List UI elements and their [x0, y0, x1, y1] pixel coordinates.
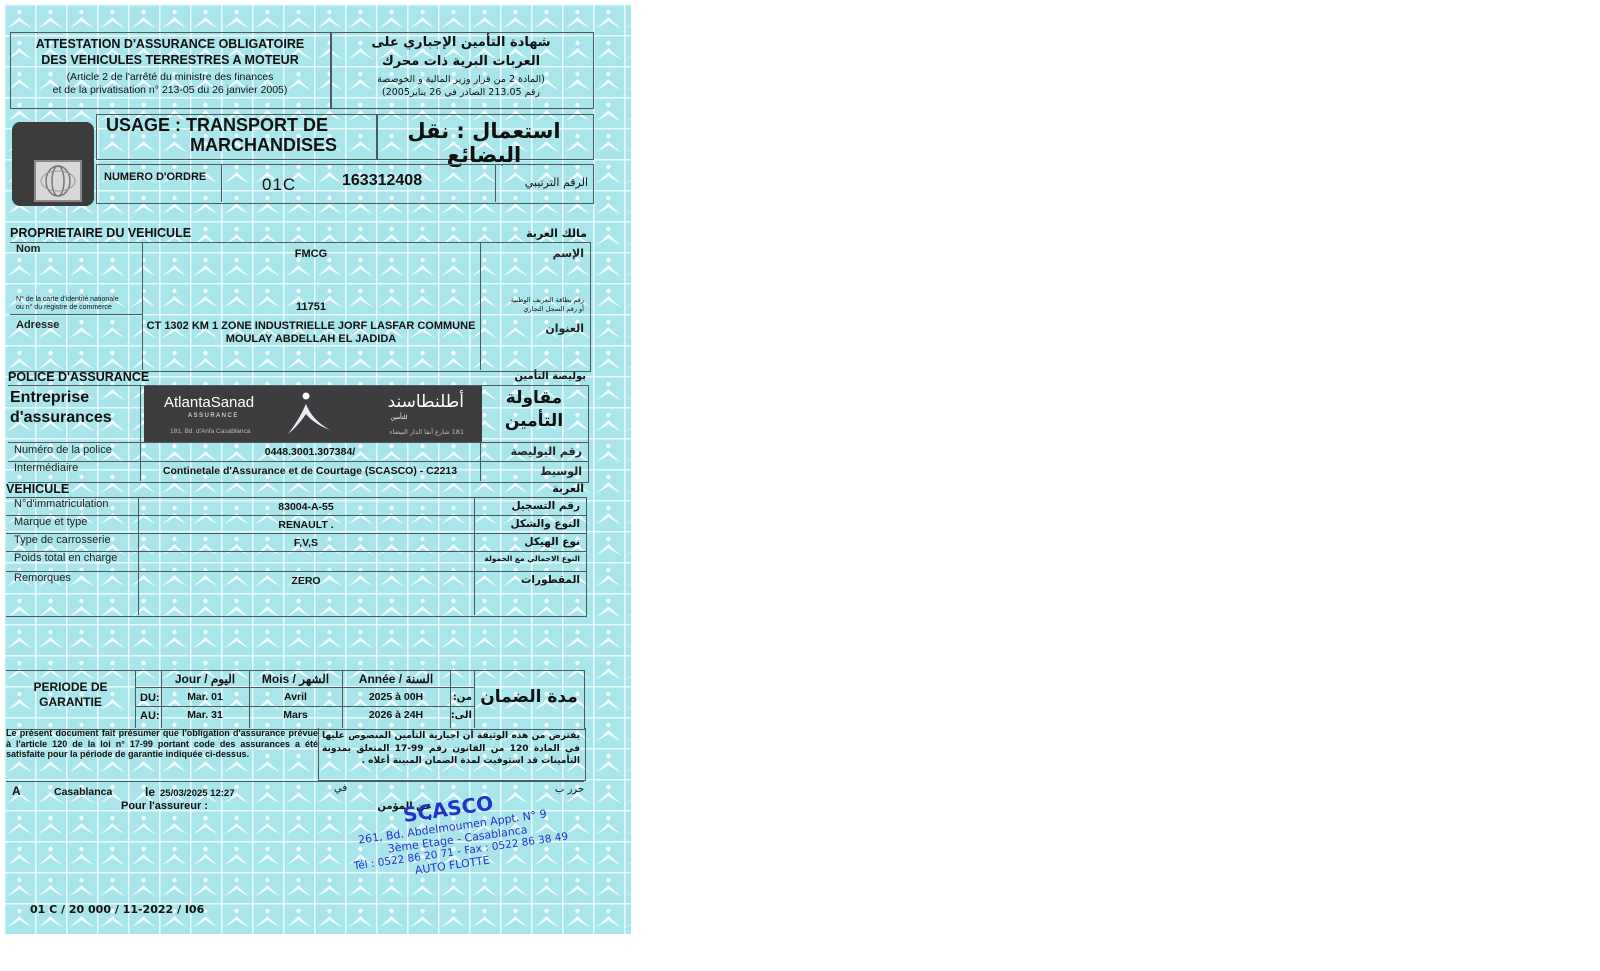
from-month: Avril	[249, 691, 342, 703]
col-month-header: Mois / الشهر	[249, 672, 342, 686]
header-ar-title-2: العربات البرية ذات محرك	[330, 54, 592, 69]
owner-section-title-ar: مالك العربة	[484, 227, 587, 240]
to-day: Mar. 31	[161, 709, 249, 721]
hologram-seal	[12, 122, 94, 206]
owner-name-label: Nom	[16, 243, 40, 255]
for-insurer: Pour l'assureur :	[121, 800, 208, 812]
insurer-name-ar: أطلنطاسند	[354, 392, 464, 412]
insurer-logo: AtlantaSanad ASSURANCE 181, Bd. d'Anfa C…	[144, 386, 482, 442]
owner-id-label-ar-1: رقم بطاقة التعريف الوطنية	[484, 296, 584, 304]
vehicle-field-value: ZERO	[138, 575, 474, 587]
vehicle-field-label-ar: نوع الهيكل	[476, 536, 580, 548]
company-label-2: d'assurances	[10, 409, 112, 427]
owner-id-label-1: N° de la carte d'identité nationale	[16, 296, 119, 303]
from-label: DU:	[140, 692, 160, 704]
insurer-name-fr: AtlantaSanad	[164, 394, 254, 411]
legal-text-fr: Le présent document fait présumer que l'…	[6, 728, 318, 760]
hologram-emblem-icon	[34, 160, 82, 202]
to-label: AU:	[140, 710, 160, 722]
intermediary-label: Intermédiaire	[14, 462, 78, 474]
header-fr-subtitle-1: (Article 2 de l'arrêté du ministre des f…	[10, 71, 330, 83]
vehicle-field-value: 83004-A-55	[138, 501, 474, 513]
to-year: 2026 à 24H	[342, 709, 450, 721]
company-label-ar-2: التأمين	[482, 411, 586, 431]
insurer-tag-ar: للتأمين	[354, 414, 444, 421]
from-day: Mar. 01	[161, 691, 249, 703]
vehicle-section-title: VEHICULE	[6, 482, 69, 496]
signature-fi-ar: في	[334, 783, 347, 794]
vehicle-section-title-ar: العربة	[484, 482, 584, 495]
header-ar-subtitle-1: (المادة 2 من قرار وزير المالية و الخوصصة	[330, 74, 592, 85]
header-fr-title-2: DES VEHICULES TERRESTRES A MOTEUR	[10, 53, 330, 67]
insurer-tag-fr: ASSURANCE	[188, 413, 239, 419]
divider	[495, 164, 496, 202]
order-label-fr: NUMERO D'ORDRE	[104, 171, 206, 183]
period-label-2: GARANTIE	[6, 695, 135, 709]
col-day-header: Jour / اليوم	[161, 672, 249, 686]
owner-id-value: 11751	[142, 301, 480, 313]
signature-le: le	[145, 785, 155, 799]
insurer-address-ar: 181 شارع أنفا الدار البيضاء	[354, 428, 464, 436]
insurer-address-fr: 181, Bd. d'Anfa Casablanca	[170, 428, 250, 435]
policy-section-title: POLICE D'ASSURANCE	[8, 370, 149, 384]
company-label-ar-1: مقاولة	[482, 388, 586, 408]
order-prefix: 01C	[262, 175, 296, 195]
insurance-certificate: ATTESTATION D'ASSURANCE OBLIGATOIRE DES …	[4, 4, 631, 934]
signature-datetime: 25/03/2025 12:27	[160, 788, 234, 799]
order-number: 163312408	[342, 172, 422, 190]
footer-reference: 01 C / 20 000 / 11-2022 / I06	[30, 903, 204, 916]
divider	[135, 670, 136, 728]
vehicle-field-label-ar: النوع الاجمالي مع الحمولة	[476, 554, 580, 563]
divider	[8, 461, 588, 462]
usage-ar: استعمال : نقل البضائع	[376, 119, 592, 167]
divider	[6, 571, 586, 572]
owner-address-line2: MOULAY ABDELLAH EL JADIDA	[142, 333, 480, 345]
owner-name-value: FMCG	[142, 248, 480, 260]
insurer-logo-icon	[284, 390, 334, 438]
from-year: 2025 à 00H	[342, 691, 450, 703]
divider	[221, 164, 222, 202]
intermediary-value: Continetale d'Assurance et de Courtage (…	[140, 465, 480, 477]
divider	[135, 706, 474, 707]
vehicle-field-value: RENAULT .	[138, 519, 474, 531]
policy-number-label: Numéro de la police	[14, 444, 112, 456]
divider	[8, 442, 588, 443]
period-label-1: PERIODE DE	[6, 680, 135, 694]
vehicle-field-value: F,V,S	[138, 537, 474, 549]
divider	[480, 242, 481, 370]
policy-number-label-ar: رقم البوليصة	[482, 445, 582, 458]
vehicle-field-label-ar: المقطورات	[476, 574, 580, 586]
signature-a: A	[12, 784, 21, 798]
policy-section-title-ar: بوليصة التأمين	[480, 371, 586, 382]
owner-id-label-ar-2: أو رقم السجل التجاري	[484, 305, 584, 313]
to-month: Mars	[249, 709, 342, 721]
owner-name-label-ar: الإسم	[484, 247, 584, 260]
usage-fr-line2: MARCHANDISES	[190, 135, 337, 156]
period-label-ar: مدة الضمان	[474, 687, 584, 707]
to-label-ar: الى:	[452, 710, 472, 721]
owner-address-line1: CT 1302 KM 1 ZONE INDUSTRIELLE JORF LASF…	[142, 320, 480, 332]
usage-fr-line1: USAGE : TRANSPORT DE	[106, 115, 328, 136]
owner-address-label: Adresse	[16, 319, 59, 331]
divider	[6, 781, 584, 782]
owner-address-label-ar: العنوان	[484, 322, 584, 335]
vehicle-field-label: N°d'immatriculation	[14, 498, 109, 510]
intermediary-label-ar: الوسيط	[482, 465, 582, 478]
legal-text-ar: يفترض من هذه الوثيقة أن اجبارية التأمين …	[322, 730, 580, 768]
header-fr-subtitle-2: et de la privatisation n° 213-05 du 26 j…	[10, 84, 330, 96]
divider	[10, 314, 142, 315]
signature-city: Casablanca	[54, 786, 112, 798]
vehicle-field-label: Remorques	[14, 572, 71, 584]
vehicle-field-label: Type de carrosserie	[14, 534, 111, 546]
header-fr-title-1: ATTESTATION D'ASSURANCE OBLIGATOIRE	[10, 37, 330, 51]
owner-id-label-2: ou n° du registre de commerce	[16, 304, 112, 311]
broker-stamp: SCASCO 261, Bd. Abdelmoumen Appt. N° 9 3…	[354, 781, 571, 884]
header-ar-subtitle-2: رقم 213.05 الصادر في 26 يناير2005)	[330, 87, 592, 98]
policy-number-value: 0448.3001.307384/	[140, 446, 480, 458]
divider	[135, 687, 474, 688]
company-label-1: Entreprise	[10, 389, 89, 407]
vehicle-field-label-ar: النوع والشكل	[476, 518, 580, 530]
vehicle-field-label: Marque et type	[14, 516, 87, 528]
col-year-header: Année / السنة	[342, 672, 450, 686]
from-label-ar: من:	[452, 692, 472, 703]
divider	[6, 515, 586, 516]
vehicle-field-label: Poids total en charge	[14, 552, 117, 564]
order-label-ar: الرقم الترتيبي	[498, 176, 588, 189]
vehicle-field-label-ar: رقم التسجيل	[476, 500, 580, 512]
owner-section-title: PROPRIETAIRE DU VEHICULE	[10, 226, 191, 240]
header-ar-title-1: شهادة التأمين الإجباري على	[330, 35, 592, 50]
